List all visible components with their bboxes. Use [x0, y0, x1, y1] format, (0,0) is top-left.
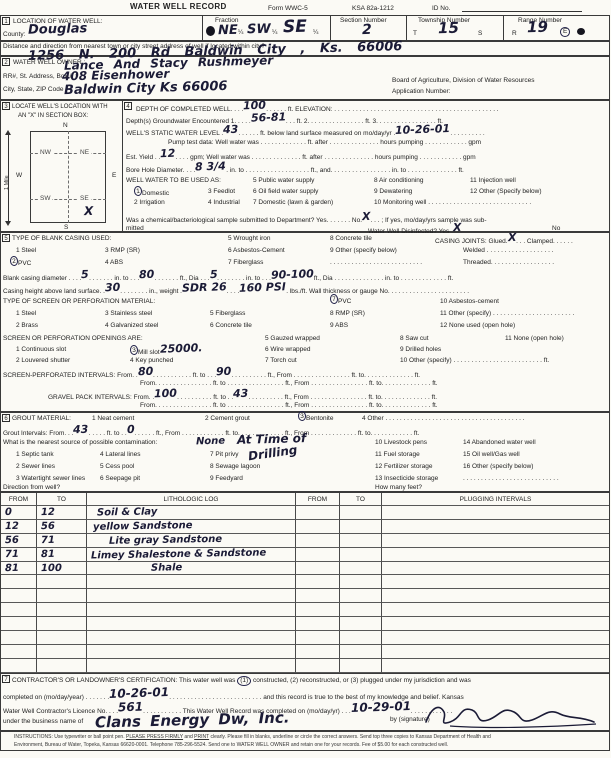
log-cell-desc: Shale: [87, 562, 296, 576]
blank-casing-title: TYPE OF BLANK CASING USED:: [12, 235, 111, 243]
compass-n: N: [63, 122, 68, 130]
bore-value: 8 3/4: [195, 161, 226, 172]
plug-cell-to: [340, 562, 382, 576]
option-gauzed: 5 Gauzed wrapped: [265, 335, 320, 343]
ink-blob: [206, 26, 215, 36]
option-screen-steel: 1 Steel: [16, 310, 36, 318]
option-cess-pool: 5 Cess pool: [100, 463, 134, 471]
empty-cell: [87, 659, 296, 673]
log-from-value: 0: [5, 507, 12, 518]
empty-cell: [87, 589, 296, 603]
spi-label: SCREEN-PERFORATED INTERVALS: From. .: [3, 372, 138, 379]
empty-cell: [37, 659, 87, 673]
locate-title-1: LOCATE WELL'S LOCATION WITH: [12, 103, 108, 111]
form-title: WATER WELL RECORD: [130, 3, 227, 11]
option-domestic: 1Domestic: [134, 188, 169, 198]
ch-rest: . lbs./ft. Wall thickness or gauge No. .…: [286, 288, 469, 295]
mile-label: 1 Mile: [4, 175, 10, 190]
ch-label: Casing height above land surface. .: [3, 288, 105, 295]
empty-cell: [87, 631, 296, 645]
mill-slot-value: 25000.: [160, 343, 203, 354]
plug-cell-desc: [382, 562, 609, 576]
completed-date-value: 10-26-01: [109, 687, 169, 699]
log-from-value: 81: [5, 562, 19, 573]
compass-s: S: [64, 224, 68, 232]
empty-cell: [296, 631, 340, 645]
welded-label: Welded . . . . . . . . . . . . . . . . .…: [463, 247, 554, 255]
plug-cell-to: [340, 520, 382, 534]
gpi-to-label: . . . . . . . . . . ft. to . .: [177, 394, 233, 401]
signature: [420, 698, 600, 730]
dots: . . . . . . . . . . . . . . . . . . . . …: [463, 475, 559, 483]
option-septic: 1 Septic tank: [16, 451, 54, 459]
spi-rest: . . . . . . . . . . ft., From . . . . . …: [232, 372, 421, 379]
static-level-rest: . . . . . . ft. below land surface measu…: [239, 130, 396, 137]
empty-cell: [340, 603, 382, 617]
cert-text-a: CONTRACTOR'S OR LANDOWNER'S CERTIFICATIO…: [12, 677, 237, 684]
fraction-sw: SW: [247, 22, 271, 38]
empty-cell: [1, 617, 37, 631]
mitted-label: mitted: [126, 225, 144, 233]
log-cell-desc: Soil & Clay: [87, 506, 296, 520]
log-cell-to: 71: [37, 534, 87, 548]
divider: [330, 15, 331, 41]
log-cell-from: 12: [1, 520, 37, 534]
glued-x: X: [507, 233, 516, 243]
dots: . . . . . . . . . .: [450, 130, 484, 137]
record-date-value: 10-29-01: [351, 701, 411, 713]
casing-height-value: 30: [105, 283, 121, 294]
instr-press-firmly: PLEASE PRESS FIRMLY: [126, 734, 183, 740]
col-header-to: TO: [37, 493, 87, 506]
log-to-value: 81: [41, 548, 55, 559]
township-s: S: [478, 30, 482, 38]
col-header-from2: FROM: [296, 493, 340, 506]
disinfected-label: Water Well Disinfected? Yes: [368, 228, 449, 235]
chemical-sample-rest: . . . ; If yes, mo/day/yrs sample was su…: [371, 217, 487, 224]
option-none-open: 11 None (open hole): [505, 335, 564, 343]
completed-on-label: completed on (mo/day/year) . . . . . . .: [3, 694, 109, 701]
dots: . . . . . . . . . . . . . . . . . . . . …: [330, 259, 422, 267]
log-to-value: 56: [41, 521, 55, 532]
screen-intervals-line-2: From. . . . . . . . . . . . . . . . ft. …: [140, 380, 438, 388]
bentonite-label: Bentonite: [306, 415, 333, 422]
option-air-conditioning: 8 Air conditioning: [374, 177, 424, 185]
county-value: Douglas: [28, 21, 88, 38]
col-header-from: FROM: [1, 493, 37, 506]
option-abs: 4 ABS: [105, 259, 123, 267]
log-cell-to: 100: [37, 562, 87, 576]
divider: [406, 15, 407, 41]
quadrant-ne: NE: [78, 149, 91, 156]
empty-cell: [382, 645, 609, 659]
static-level-label: WELL'S STATIC WATER LEVEL .: [126, 130, 223, 137]
plug-cell-from: [296, 506, 340, 520]
empty-cell: [382, 631, 609, 645]
log-desc-value: Soil & Clay: [91, 506, 158, 518]
option-mill-slot: 3Mill slot25000.: [130, 346, 202, 357]
empty-cell: [87, 617, 296, 631]
section-number-value: 2: [362, 22, 372, 38]
agency-label: Board of Agriculture, Division of Water …: [392, 77, 534, 85]
instr-c: clearly. Please fill in blanks, underlin…: [209, 734, 491, 740]
empty-cell: [87, 645, 296, 659]
option-torch-cut: 7 Torch cut: [265, 357, 297, 365]
option-rmp: 3 RMP (SR): [105, 247, 140, 255]
log-cell-from: 56: [1, 534, 37, 548]
yield-label: Est. Yield . .: [126, 154, 160, 161]
log-desc-value: Shale: [91, 562, 182, 575]
clamped-label: . . . Clamped. . . . . .: [516, 238, 573, 245]
empty-cell: [340, 631, 382, 645]
option-dewatering: 9 Dewatering: [374, 188, 412, 196]
range-value: 19: [527, 18, 548, 37]
plug-cell-to: [340, 534, 382, 548]
gravel-pack-line-2: From. . . . . . . . . . . . . . . . ft. …: [140, 402, 438, 410]
option-screen-other: 11 Other (specify) . . . . . . . . . . .…: [440, 310, 574, 318]
log-from-value: 12: [5, 521, 19, 532]
well-location-x-mark: X: [84, 204, 94, 218]
screen-material-title: TYPE OF SCREEN OR PERFORATION MATERIAL:: [3, 298, 155, 306]
form-number: Form WWC-5: [268, 5, 308, 13]
instructions-line-2: Environment, Bureau of Water, Topeka, Ka…: [14, 742, 448, 749]
water-well-record-form: WATER WELL RECORD Form WWC-5 KSA 82a-121…: [0, 0, 611, 758]
empty-cell: [1, 589, 37, 603]
empty-cell: [296, 575, 340, 589]
casing-joints-label: CASING JOINTS: Glued.: [435, 238, 508, 245]
option-livestock: 10 Livestock pens: [375, 439, 427, 447]
plug-cell-desc: [382, 534, 609, 548]
gi-label: Grout Intervals: From. . .: [3, 430, 73, 437]
casing-joints-line: CASING JOINTS: Glued.X. . . Clamped. . .…: [435, 235, 573, 246]
option-fuel-storage: 11 Fuel storage: [375, 451, 420, 459]
plug-cell-from: [296, 520, 340, 534]
threaded-label: Threaded. . . . . . . . . . . . . . . . …: [463, 259, 554, 267]
empty-cell: [1, 575, 37, 589]
gravel-to-value: 43: [233, 389, 249, 400]
empty-cell: [87, 603, 296, 617]
yield-line: Est. Yield . .12. . . . gpm; Well water …: [126, 151, 476, 162]
section3-marker: 3: [2, 102, 10, 110]
fraction-se: SE: [283, 17, 307, 38]
option-screen-concrete: 6 Concrete tile: [210, 322, 252, 330]
business-name-label: under the business name of: [3, 718, 83, 726]
owner-city-label: City, State, ZIP Code :: [3, 86, 67, 94]
option-steel: 1 Steel: [16, 247, 36, 255]
screen-pvc-label: PVC: [338, 298, 351, 305]
openings-title: SCREEN OR PERFORATION OPENINGS ARE:: [3, 335, 143, 343]
option-feedyard: 9 Feedyard: [210, 475, 243, 483]
log-cell-from: 0: [1, 506, 37, 520]
option-screen-abs: 9 ABS: [330, 322, 348, 330]
empty-cell: [340, 659, 382, 673]
option-continuous-slot: 1 Continuous slot: [16, 346, 66, 354]
elevation-label: . . . . . . ft. ELEVATION: . . . . . . .…: [266, 106, 498, 113]
option-industrial: 4 Industrial: [208, 199, 240, 207]
spi-to-value: 90: [216, 367, 232, 378]
range-r: R: [512, 30, 517, 38]
gi-to-label: . . . . . ft. to . .: [89, 430, 127, 437]
col-header-to2: TO: [340, 493, 382, 506]
log-desc-value: Lite gray Sandstone: [91, 534, 222, 547]
option-fertilizer: 12 Fertilizer storage: [375, 463, 432, 471]
option-saw-cut: 8 Saw cut: [400, 335, 429, 343]
hand-circle: E: [560, 27, 570, 37]
compass-w: W: [16, 172, 22, 180]
option-sewage-lagoon: 8 Sewage lagoon: [210, 463, 260, 471]
option-fiberglass: 7 Fiberglass: [228, 259, 263, 267]
bore-label: Bore Hole Diameter. . . .: [126, 167, 195, 174]
option-bentonite: 3Bentonite: [298, 413, 333, 423]
empty-cell: [382, 617, 609, 631]
pump-test-line: Pump test data: Well water was . . . . .…: [168, 139, 481, 147]
pvc-label: PVC: [18, 260, 31, 267]
empty-cell: [37, 617, 87, 631]
empty-cell: [382, 603, 609, 617]
casing-height-line: Casing height above land surface. .30. .…: [3, 285, 469, 296]
log-cell-to: 12: [37, 506, 87, 520]
application-number-label: Application Number:: [392, 88, 451, 96]
empty-cell: [382, 589, 609, 603]
empty-cell: [1, 631, 37, 645]
quadrant-nw: NW: [38, 149, 53, 156]
option-lateral: 4 Lateral lines: [100, 451, 140, 459]
bc-diameter-1: 5: [81, 270, 89, 280]
divider: [122, 100, 123, 232]
empty-cell: [296, 589, 340, 603]
log-desc-value: yellow Sandstone: [91, 520, 193, 533]
empty-cell: [37, 575, 87, 589]
log-desc-value: Limey Shalestone & Sandstone: [91, 547, 266, 561]
instr-print: PRINT: [194, 734, 209, 740]
option-feedlot: 3 Feedlot: [208, 188, 235, 196]
empty-cell: [37, 603, 87, 617]
locate-title-2: AN "X" IN SECTION BOX:: [18, 112, 88, 120]
ink-blob: [577, 28, 585, 35]
township-t: T: [413, 30, 417, 38]
township-value: 15: [438, 19, 459, 38]
option-other-casing: 9 Other (specify below): [330, 247, 397, 255]
plug-cell-desc: [382, 506, 609, 520]
divider: [503, 15, 504, 41]
contamination-none: None: [196, 436, 225, 448]
log-cell-from: 81: [1, 562, 37, 576]
casing-psi-value: 160 PSI: [239, 282, 286, 294]
option-oil-gas-well: 15 Oil well/Gas well: [463, 451, 520, 459]
log-from-value: 71: [5, 548, 19, 559]
used-as-label: WELL WATER TO BE USED AS:: [126, 177, 221, 185]
empty-cell: [1, 645, 37, 659]
log-cell-desc: yellow Sandstone: [87, 520, 296, 534]
option-pit-privy: 7 Pit privy: [210, 451, 239, 459]
plug-cell-from: [296, 534, 340, 548]
option-oil-field: 6 Oil field water supply: [253, 188, 318, 196]
domestic-label: Domestic: [142, 190, 169, 197]
empty-cell: [37, 631, 87, 645]
disinfected-no-label: No: [552, 225, 560, 233]
grout-from-value: 43: [73, 425, 89, 436]
plug-cell-from: [296, 562, 340, 576]
cert-text-b: constructed, (2) reconstructed, or (3) p…: [251, 677, 471, 684]
lithologic-log-table: FROM TO LITHOLOGIC LOG FROM TO PLUGGING …: [0, 492, 610, 673]
plug-cell-to: [340, 548, 382, 562]
empty-cell: [37, 589, 87, 603]
chemical-sample-label: Was a chemical/bacteriological sample su…: [126, 217, 362, 224]
plug-cell-from: [296, 548, 340, 562]
option-abandoned-well: 14 Abandoned water well: [463, 439, 536, 447]
option-drilled-holes: 9 Drilled holes: [400, 346, 441, 354]
circled-constructed: (1): [237, 676, 251, 686]
quarter-mark: ¼: [238, 29, 243, 37]
grout-to-value: 0: [127, 425, 135, 435]
static-date-value: 10-26-01: [395, 124, 450, 136]
log-to-value: 100: [41, 562, 62, 573]
log-cell-from: 71: [1, 548, 37, 562]
quadrant-se: SE: [78, 195, 91, 202]
gpi-rest: . . . . . . . . . . ft., From . . . . . …: [248, 394, 437, 401]
option-cement-grout: 2 Cement grout: [205, 415, 250, 423]
certification-line-1: CONTRACTOR'S OR LANDOWNER'S CERTIFICATIO…: [12, 676, 471, 686]
empty-cell: [296, 603, 340, 617]
mill-slot-label: Mill slot: [138, 349, 160, 356]
section4-marker: 4: [124, 102, 132, 110]
compass-e: E: [112, 172, 116, 180]
grout-title: GROUT MATERIAL:: [12, 415, 71, 423]
option-wrought-iron: 5 Wrought iron: [228, 235, 271, 243]
col-header-plugging: PLUGGING INTERVALS: [382, 493, 609, 506]
gpi-label: GRAVEL PACK INTERVALS: From. .: [48, 394, 154, 401]
quarter-mark: ¼: [272, 29, 277, 37]
option-stainless: 3 Stainless steel: [105, 310, 152, 318]
log-cell-desc: Limey Shalestone & Sandstone: [87, 548, 296, 562]
licence-value: 561: [118, 702, 143, 713]
spi-from-value: 80: [138, 367, 154, 378]
empty-cell: [382, 659, 609, 673]
screen-intervals-line: SCREEN-PERFORATED INTERVALS: From. .80. …: [3, 369, 420, 380]
log-cell-to: 81: [37, 548, 87, 562]
empty-cell: [1, 603, 37, 617]
option-monitoring: 10 Monitoring well . . . . . . . . . . .…: [374, 199, 531, 207]
arrow-down-icon: [5, 221, 11, 226]
dots: . . . .: [227, 288, 240, 295]
empty-cell: [296, 659, 340, 673]
range-e: E: [560, 27, 570, 37]
log-to-value: 71: [41, 535, 55, 546]
option-irrigation: 2 Irrigation: [134, 199, 165, 207]
ksa-label: KSA 82a-1212: [352, 5, 394, 13]
col-header-lithologic-log: LITHOLOGIC LOG: [87, 493, 296, 506]
static-level-line: WELL'S STATIC WATER LEVEL .43. . . . . .…: [126, 127, 485, 138]
divider: [202, 15, 203, 41]
empty-cell: [340, 645, 382, 659]
bore-rest: . in. to . . . . . . . . . . . . . . . .…: [226, 167, 464, 174]
instructions-line-1: INSTRUCTIONS: Use typewriter or ball poi…: [14, 734, 491, 741]
option-asbestos-cement: 6 Asbestos-Cement: [228, 247, 285, 255]
bc-rest: ft., Dia . . . . . . . . . . . . . . in.…: [314, 275, 453, 282]
log-to-value: 12: [41, 507, 55, 518]
empty-cell: [340, 617, 382, 631]
empty-cell: [296, 645, 340, 659]
empty-cell: [340, 575, 382, 589]
county-label: County:: [3, 31, 25, 39]
log-cell-desc: Lite gray Sandstone: [87, 534, 296, 548]
option-louvered: 2 Louvered shutter: [16, 357, 70, 365]
log-from-value: 56: [5, 535, 19, 546]
option-concrete-tile: 8 Concrete tile: [330, 235, 372, 243]
empty-cell: [382, 575, 609, 589]
casing-weight-value: SDR 26: [182, 282, 227, 294]
instr-b: and: [183, 734, 194, 740]
bc-label: Blank casing diameter . . . .: [3, 275, 81, 282]
section2-marker: 2: [2, 58, 10, 66]
option-other-use: 12 Other (Specify below): [470, 188, 542, 196]
plug-cell-desc: [382, 520, 609, 534]
id-blank-line: [462, 11, 582, 12]
ch-weight-label: . . . . . . . . in., weight .: [120, 288, 182, 295]
bc-diameter-2: 5: [209, 270, 217, 280]
yield-value: 12: [160, 149, 176, 160]
option-contam-other: 16 Other (specify below): [463, 463, 533, 471]
plug-cell-desc: [382, 548, 609, 562]
option-screen-pvc: 7PVC: [330, 296, 351, 306]
arrow-up-icon: [5, 130, 11, 135]
depth-label: DEPTH OF COMPLETED WELL. . . .: [136, 106, 243, 113]
contamination-label: What is the nearest source of possible c…: [3, 439, 157, 447]
option-grout-other: 4 Other . . . . . . . . . . . . . . . . …: [362, 415, 525, 423]
bore-line: Bore Hole Diameter. . . .8 3/4. in. to .…: [126, 164, 464, 175]
option-none-used: 12 None used (open hole): [440, 322, 515, 330]
quadrant-divider: [68, 131, 69, 223]
quadrant-sw: SW: [38, 195, 52, 202]
depth-line: DEPTH OF COMPLETED WELL. . . .100. . . .…: [136, 103, 499, 114]
section5-marker: 5: [2, 234, 10, 242]
option-insecticide: 13 Insecticide storage: [375, 475, 438, 483]
how-many-feet-label: How many feet?: [375, 484, 422, 492]
plug-cell-to: [340, 506, 382, 520]
option-brass: 2 Brass: [16, 322, 38, 330]
option-galvanized: 4 Galvanized steel: [105, 322, 158, 330]
empty-cell: [1, 659, 37, 673]
empty-cell: [340, 589, 382, 603]
static-level-value: 43: [223, 125, 239, 136]
groundwater-value: 56-81: [250, 112, 286, 123]
instr-a: INSTRUCTIONS: Use typewriter or ball poi…: [14, 734, 126, 740]
bc-depth-1: 80: [139, 270, 155, 281]
option-openings-other: 10 Other (specify) . . . . . . . . . . .…: [400, 357, 549, 365]
empty-cell: [37, 645, 87, 659]
option-injection-well: 11 Injection well: [470, 177, 516, 185]
option-sewer-lines: 2 Sewer lines: [16, 463, 55, 471]
option-screen-rmp: 8 RMP (SR): [330, 310, 365, 318]
option-domestic-lawn: 7 Domestic (lawn & garden): [253, 199, 333, 207]
fraction-ne: NE: [218, 23, 238, 39]
option-neat-cement: 1 Neat cement: [92, 415, 134, 423]
option-seepage-pit: 6 Seepage pit: [100, 475, 140, 483]
section1-marker: 1: [2, 17, 10, 25]
option-public-supply: 5 Public water supply: [253, 177, 314, 185]
log-cell-to: 56: [37, 520, 87, 534]
option-wire-wrapped: 6 Wire wrapped: [265, 346, 311, 354]
gravel-from-value: 100: [154, 389, 177, 400]
section7-marker: 7: [2, 675, 10, 683]
id-label: ID No.: [432, 5, 450, 13]
empty-cell: [87, 575, 296, 589]
option-screen-asbestos: 10 Asbestos-cement: [440, 298, 499, 306]
option-watertight-sewer: 3 Watertight sewer lines: [16, 475, 85, 483]
direction-label: Direction from well?: [3, 484, 60, 492]
gravel-pack-line: GRAVEL PACK INTERVALS: From. .100. . . .…: [48, 391, 437, 402]
bc-depth-2: 90-100: [271, 269, 314, 280]
